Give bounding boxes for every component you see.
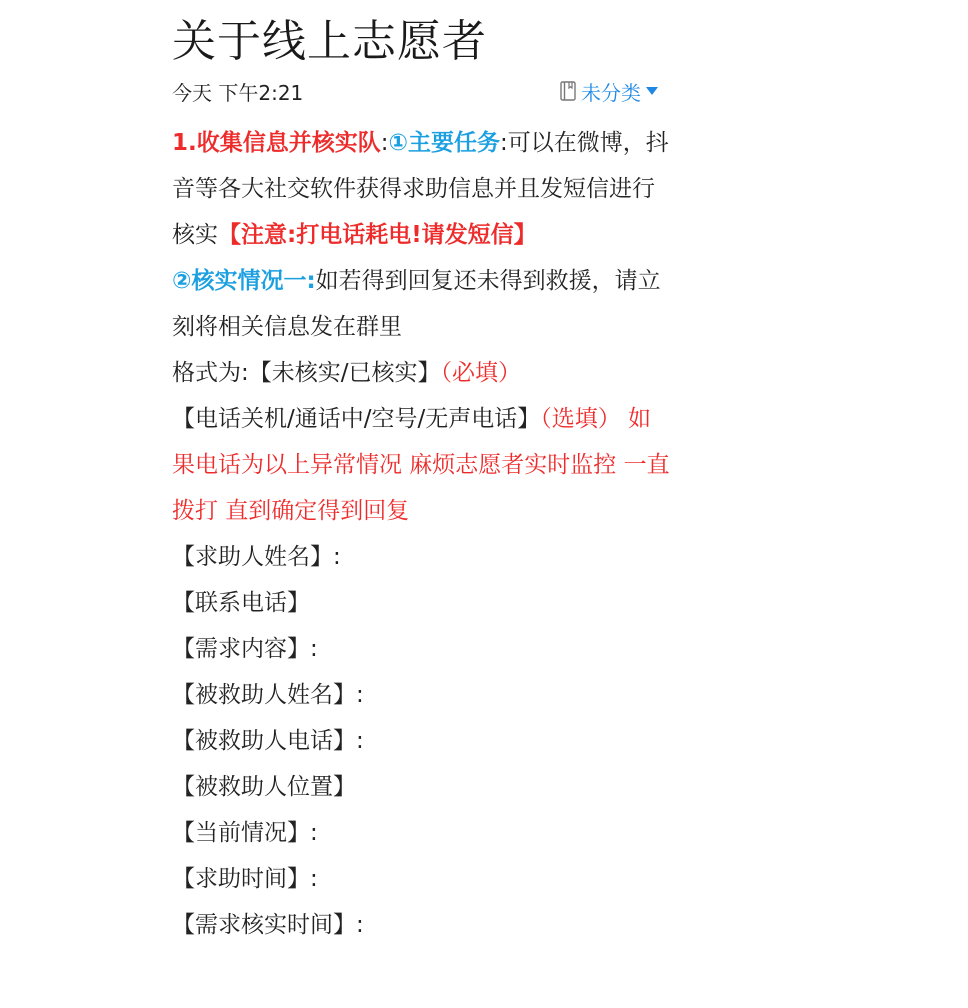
field-contact-phone: 【联系电话】 [172,580,672,626]
field-verify-time: 【需求核实时间】: [172,902,672,948]
section-heading: 1.收集信息并核实队 [172,130,381,156]
field-rescuee-phone: 【被救助人电话】: [172,718,672,764]
note-body[interactable]: 1.收集信息并核实队:①主要任务:可以在微博，抖音等各大社交软件获得求助信息并且… [172,120,672,948]
phone-status-text: 【电话关机/通话中/空号/无声电话】 [172,406,540,432]
note-meta-row: 今天 下午2:21 未分类 [172,76,658,106]
warning-text: 【注意:打电话耗电!请发短信】 [218,222,537,248]
caret-down-icon [646,87,658,95]
paragraph-verify-case: ②核实情况一:如若得到回复还未得到救援，请立刻将相关信息发在群里 [172,258,672,350]
separator: : [500,130,508,156]
field-rescuee-name: 【被救助人姓名】: [172,672,672,718]
field-current-status: 【当前情况】: [172,810,672,856]
optional-tag: （选填） [540,406,621,432]
note-content: 关于线上志愿者 今天 下午2:21 未分类 1.收集信息并核实队:①主要任务:可… [172,0,672,948]
field-requester-name: 【求助人姓名】: [172,534,672,580]
task-label: ①主要任务 [389,130,500,156]
verify-label: ②核实情况一: [172,268,316,294]
notebook-icon [560,81,576,101]
paragraph-phone-status: 【电话关机/通话中/空号/无声电话】（选填） 如果电话为以上异常情况 麻烦志愿者… [172,396,672,534]
note-title[interactable]: 关于线上志愿者 [172,14,672,70]
required-tag: （必填） [441,360,522,386]
category-label: 未分类 [581,77,641,106]
separator: : [381,130,389,156]
field-rescuee-location: 【被救助人位置】 [172,764,672,810]
paragraph-collect-info: 1.收集信息并核实队:①主要任务:可以在微博，抖音等各大社交软件获得求助信息并且… [172,120,672,258]
field-request-time: 【求助时间】: [172,856,672,902]
paragraph-format: 格式为:【未核实/已核实】（必填） [172,350,672,396]
note-timestamp: 今天 下午2:21 [172,77,303,106]
category-selector[interactable]: 未分类 [560,77,658,106]
field-request-content: 【需求内容】: [172,626,672,672]
format-text: 格式为:【未核实/已核实】 [172,360,441,386]
